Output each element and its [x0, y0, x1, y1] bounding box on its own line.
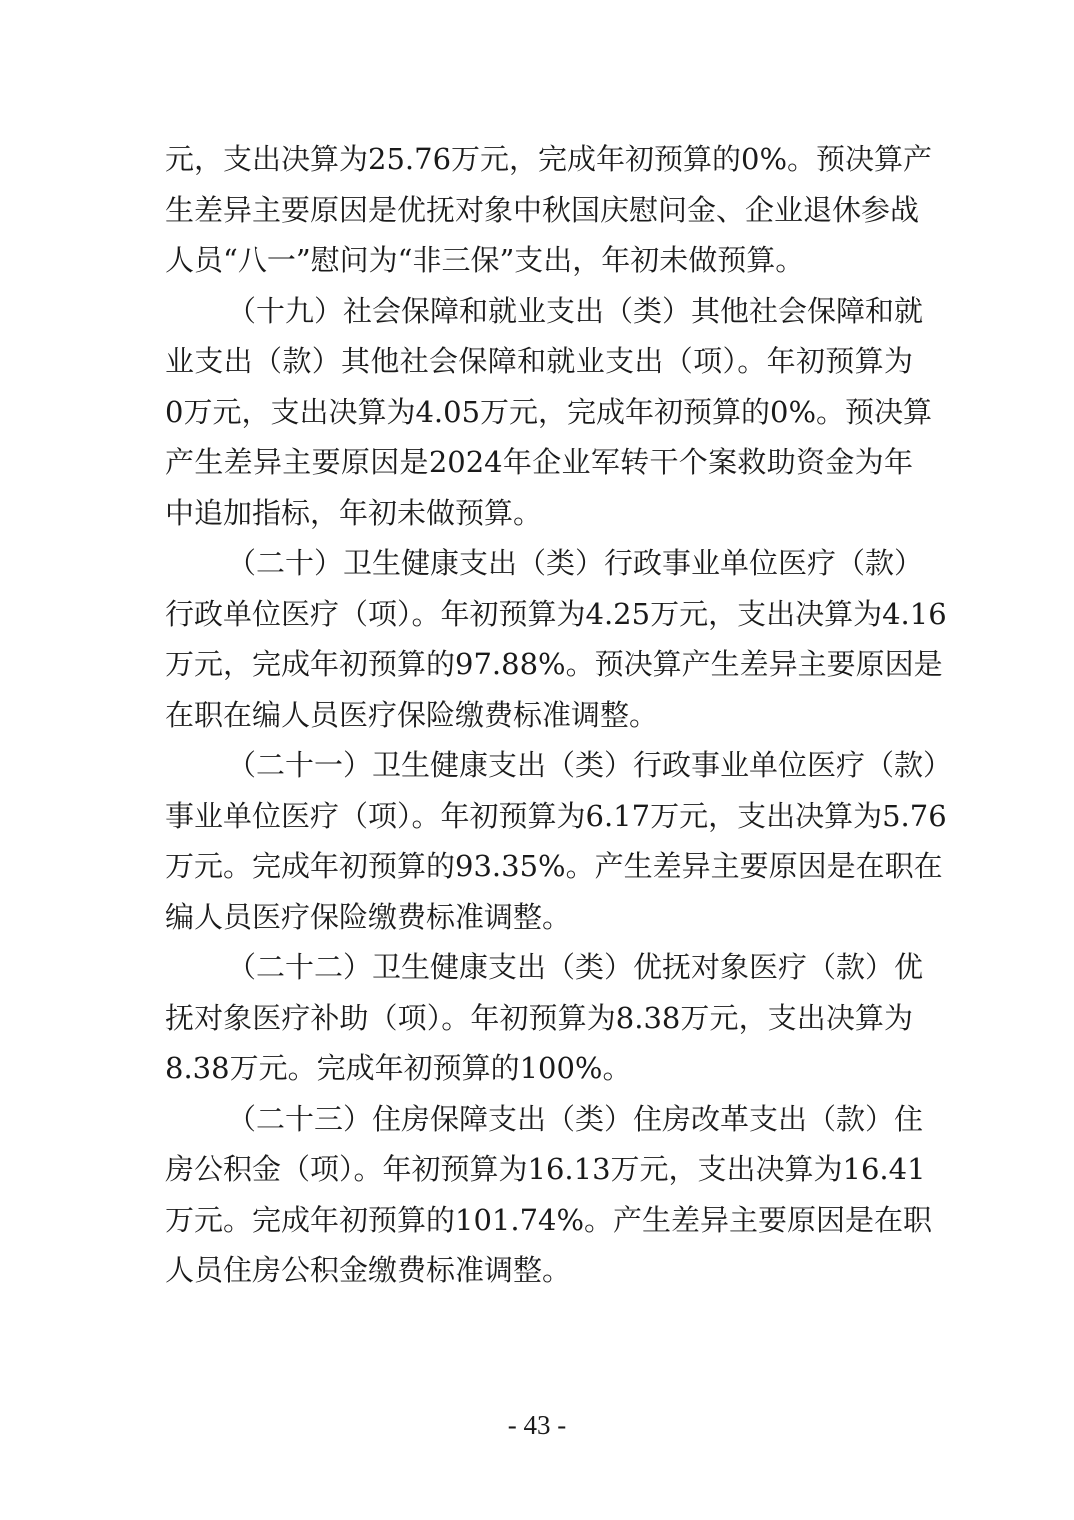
text-line: 在职在编人员医疗保险缴费标准调整。 [165, 690, 913, 741]
text-line: 抚对象医疗补助（项）。年初预算为8.38万元，支出决算为 [165, 993, 913, 1044]
paragraph-20: （二十）卫生健康支出（类）行政事业单位医疗（款） 行政单位医疗（项）。年初预算为… [165, 538, 913, 740]
text-line: 万元。完成年初预算的93.35%。产生差异主要原因是在职在 [165, 841, 913, 892]
text-line: 产生差异主要原因是2024年企业军转干个案救助资金为年 [165, 437, 913, 488]
paragraph-23: （二十三）住房保障支出（类）住房改革支出（款）住 房公积金（项）。年初预算为16… [165, 1094, 913, 1296]
page-number: - 43 - [0, 1410, 1074, 1441]
text-line: 生差异主要原因是优抚对象中秋国庆慰问金、企业退休参战 [165, 185, 913, 236]
text-line: （二十二）卫生健康支出（类）优抚对象医疗（款）优 [165, 942, 913, 993]
text-line: 万元，完成年初预算的97.88%。预决算产生差异主要原因是 [165, 639, 913, 690]
text-line: 万元。完成年初预算的101.74%。产生差异主要原因是在职 [165, 1195, 913, 1246]
text-line: 业支出（款）其他社会保障和就业支出（项）。年初预算为 [165, 336, 913, 387]
document-page: 元，支出决算为25.76万元，完成年初预算的0%。预决算产 生差异主要原因是优抚… [0, 0, 1074, 1520]
text-line: 中追加指标，年初未做预算。 [165, 488, 913, 539]
text-line: 编人员医疗保险缴费标准调整。 [165, 892, 913, 943]
text-line: 房公积金（项）。年初预算为16.13万元，支出决算为16.41 [165, 1144, 913, 1195]
text-line: （二十一）卫生健康支出（类）行政事业单位医疗（款） [165, 740, 913, 791]
text-line: 8.38万元。完成年初预算的100%。 [165, 1043, 913, 1094]
paragraph-18-continued: 元，支出决算为25.76万元，完成年初预算的0%。预决算产 生差异主要原因是优抚… [165, 134, 913, 286]
text-line: 人员“八一”慰问为“非三保”支出，年初未做预算。 [165, 235, 913, 286]
text-line: 行政单位医疗（项）。年初预算为4.25万元，支出决算为4.16 [165, 589, 913, 640]
text-line: 元，支出决算为25.76万元，完成年初预算的0%。预决算产 [165, 134, 913, 185]
body-text: 元，支出决算为25.76万元，完成年初预算的0%。预决算产 生差异主要原因是优抚… [165, 134, 913, 1296]
text-line: 0万元，支出决算为4.05万元，完成年初预算的0%。预决算 [165, 387, 913, 438]
text-line: 人员住房公积金缴费标准调整。 [165, 1245, 913, 1296]
paragraph-19: （十九）社会保障和就业支出（类）其他社会保障和就 业支出（款）其他社会保障和就业… [165, 286, 913, 539]
paragraph-22: （二十二）卫生健康支出（类）优抚对象医疗（款）优 抚对象医疗补助（项）。年初预算… [165, 942, 913, 1094]
text-line: （二十）卫生健康支出（类）行政事业单位医疗（款） [165, 538, 913, 589]
text-line: 事业单位医疗（项）。年初预算为6.17万元，支出决算为5.76 [165, 791, 913, 842]
text-line: （十九）社会保障和就业支出（类）其他社会保障和就 [165, 286, 913, 337]
text-line: （二十三）住房保障支出（类）住房改革支出（款）住 [165, 1094, 913, 1145]
paragraph-21: （二十一）卫生健康支出（类）行政事业单位医疗（款） 事业单位医疗（项）。年初预算… [165, 740, 913, 942]
